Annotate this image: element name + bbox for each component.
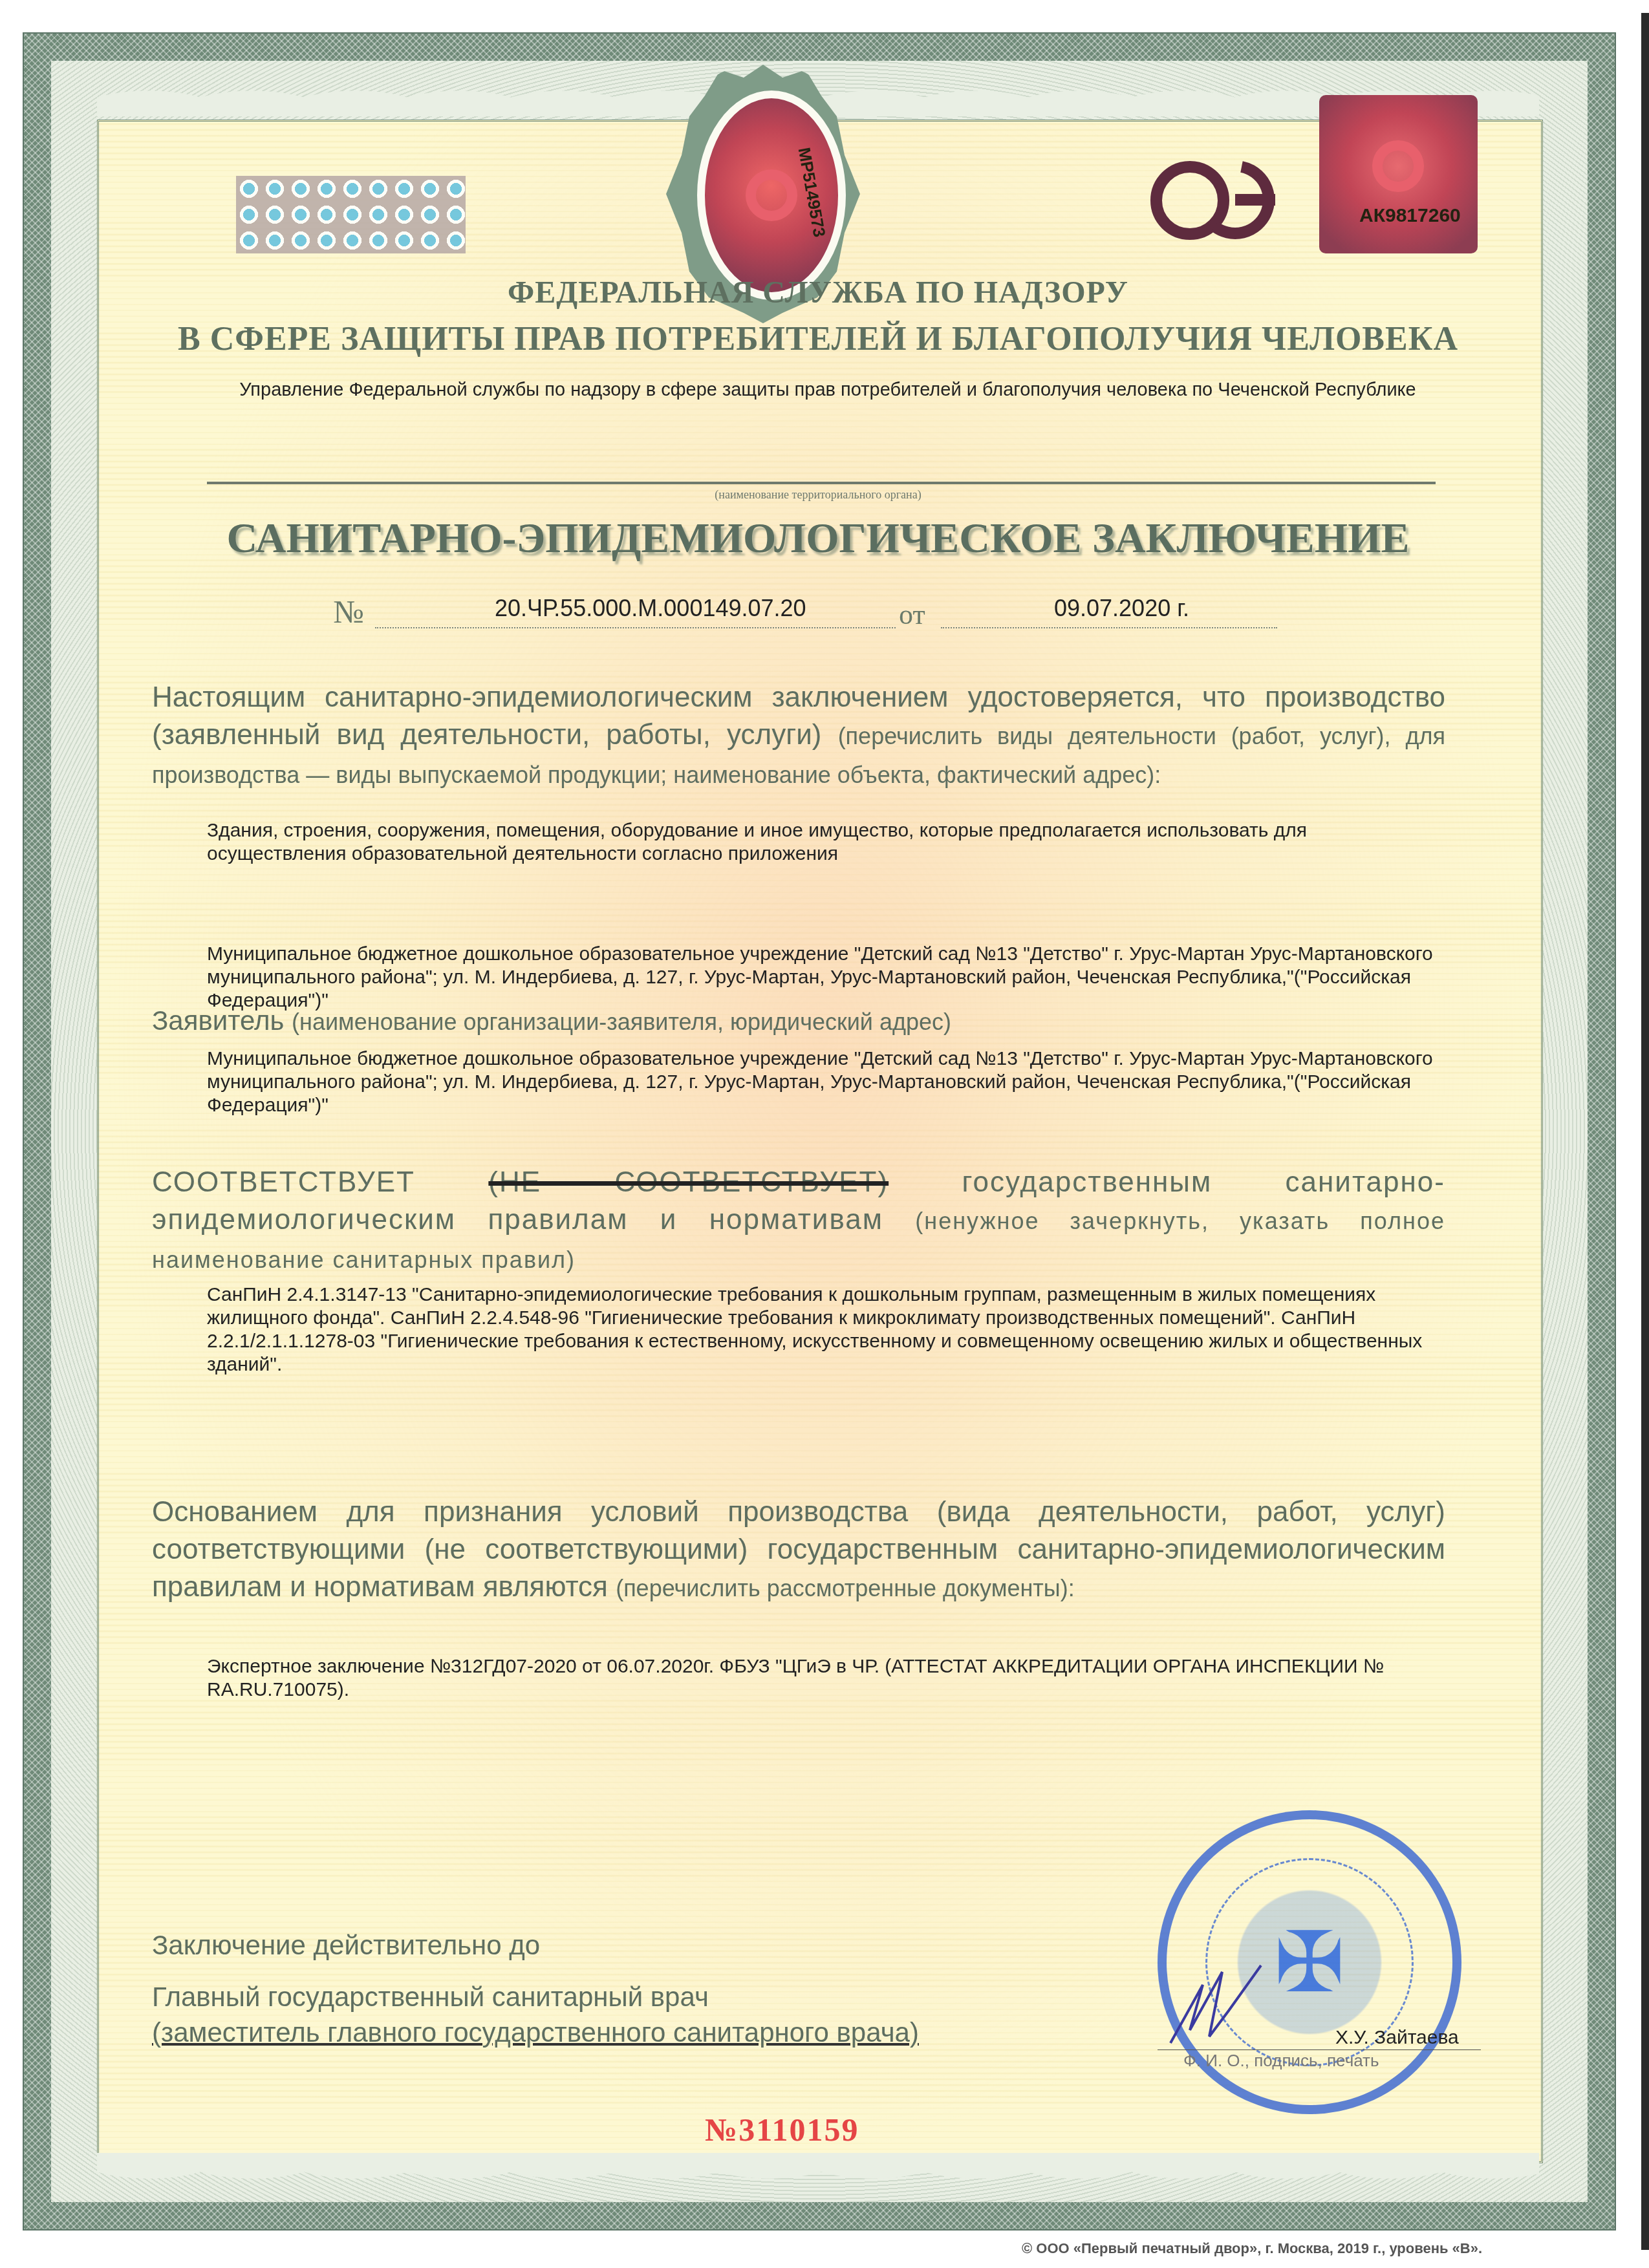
- hologram-serial: МР5149573: [794, 146, 830, 239]
- sanitary-rules-value: СанПиН 2.4.1.3147-13 "Санитарно-эпидемио…: [207, 1283, 1449, 1376]
- deputy-doctor-label: (заместитель главного государственного с…: [152, 2017, 919, 2048]
- authority-caption: (наименование территориального органа): [97, 488, 1539, 502]
- from-label: от: [899, 598, 925, 631]
- not-complies-struck: (НЕ СООТВЕТСТВУЕТ): [488, 1166, 889, 1198]
- activity-value: Здания, строения, сооружения, помещения,…: [207, 819, 1449, 866]
- rospotrebnadzor-logo-icon: [746, 169, 797, 221]
- applicant-hint: (наименование организации-заявителя, юри…: [292, 1009, 951, 1035]
- certifies-paragraph: Настоящим санитарно-эпидемиологическим з…: [152, 679, 1445, 794]
- signature-rule: [1158, 2049, 1481, 2050]
- complies-text: СООТВЕТСТВУЕТ: [152, 1166, 415, 1198]
- basis-documents-value: Экспертное заключение №312ГД07-2020 от 0…: [207, 1655, 1449, 1702]
- document-title: САНИТАРНО-ЭПИДЕМИОЛОГИЧЕСКОЕ ЗАКЛЮЧЕНИЕ: [97, 514, 1539, 563]
- date-rule: [941, 627, 1277, 628]
- agency-title-line2: В СФЕРЕ ЗАЩИТЫ ПРАВ ПОТРЕБИТЕЛЕЙ И БЛАГО…: [97, 320, 1539, 358]
- hologram-square-icon: АК9817260: [1319, 95, 1478, 253]
- applicant-label: Заявитель: [152, 1005, 284, 1036]
- valid-until-label: Заключение действительно до: [152, 1930, 540, 1961]
- signer-name: Х.У. Зайтаева: [1335, 2027, 1459, 2049]
- signature-caption: Ф. И. О., подпись, печать: [1183, 2051, 1379, 2071]
- applicant-label-row: Заявитель (наименование организации-заяв…: [152, 1005, 951, 1036]
- territorial-authority: Управление Федеральной службы по надзору…: [207, 378, 1449, 401]
- compliance-paragraph: СООТВЕТСТВУЕТ (НЕ СООТВЕТСТВУЕТ) государ…: [152, 1164, 1445, 1279]
- agency-title-line1: ФЕДЕРАЛЬНАЯ СЛУЖБА ПО НАДЗОРУ: [97, 275, 1539, 310]
- frame-wave-bottom: [97, 2153, 1539, 2192]
- se-logo-icon: [1145, 158, 1287, 242]
- applicant-value: Муниципальное бюджетное дошкольное образ…: [207, 1047, 1449, 1117]
- hologram-seal-icon: МР5149573: [697, 91, 846, 300]
- number-sign: №: [333, 593, 364, 630]
- blank-serial-number: №3110159: [705, 2111, 859, 2148]
- object-address-value: Муниципальное бюджетное дошкольное образ…: [207, 943, 1449, 1012]
- signature-icon: [1164, 1959, 1267, 2049]
- conclusion-date: 09.07.2020 г.: [1054, 595, 1189, 622]
- basis-hint: (перечислить рассмотренные документы):: [616, 1575, 1075, 1601]
- hologram-strip-icon: [236, 176, 466, 253]
- conclusion-number: 20.ЧР.55.000.М.000149.07.20: [495, 595, 806, 622]
- authority-rule: [207, 482, 1436, 484]
- chief-doctor-label: Главный государственный санитарный врач: [152, 1982, 709, 2013]
- double-headed-eagle-icon: ✠: [1275, 1913, 1345, 2011]
- number-rule: [375, 627, 896, 628]
- printer-imprint: © ООО «Первый печатный двор», г. Москва,…: [1022, 2240, 1482, 2257]
- rospotrebnadzor-logo-icon: [1372, 140, 1424, 192]
- scan-edge: [1641, 13, 1649, 2250]
- basis-paragraph: Основанием для признания условий произво…: [152, 1493, 1445, 1607]
- hologram-serial-2: АК9817260: [1359, 205, 1461, 227]
